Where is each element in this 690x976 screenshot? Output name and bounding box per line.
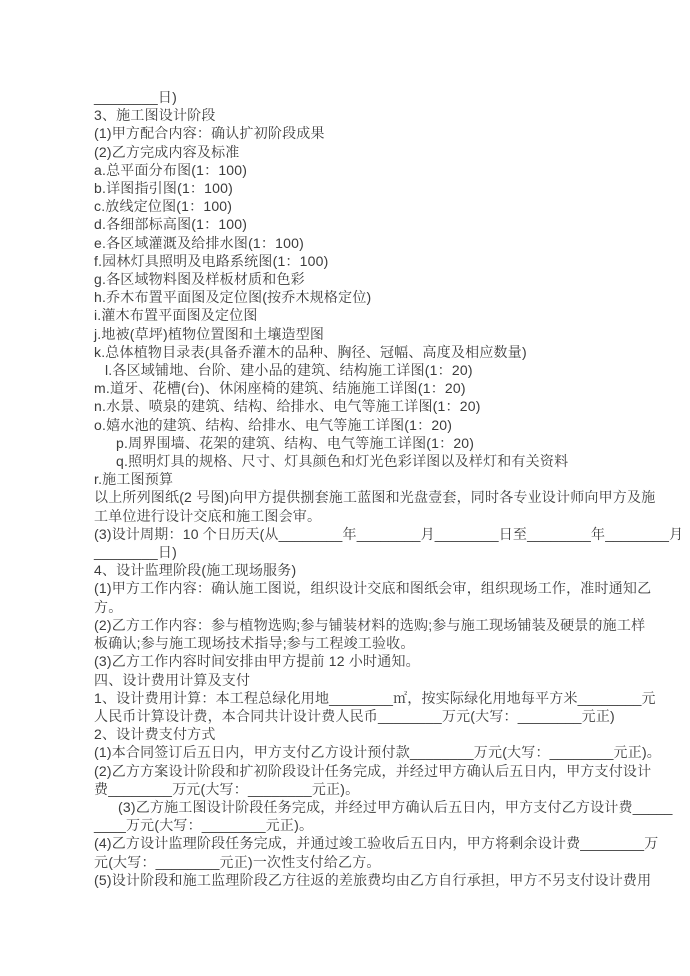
document-line: 元(大写：________元正)一次性支付给乙方。 — [94, 853, 596, 871]
document-line: (5)设计阶段和施工监理阶段乙方往返的差旅费均由乙方自行承担，甲方不另支付设计费… — [94, 871, 596, 889]
document-line: i.灌木布置平面图及定位图 — [94, 306, 596, 324]
document-line: (3)乙方施工图设计阶段任务完成，并经过甲方确认后五日内，甲方支付乙方设计费__… — [94, 798, 596, 816]
document-line: 工单位进行设计交底和施工图会审。 — [94, 507, 596, 525]
document-line: g.各区域物料图及样板材质和色彩 — [94, 270, 596, 288]
document-line: 板确认;参与施工现场技术指导;参与工程竣工验收。 — [94, 634, 596, 652]
document-line: 四、设计费用计算及支付 — [94, 671, 596, 689]
document-body: ________日)3、施工图设计阶段(1)甲方配合内容：确认扩初阶段成果(2)… — [94, 88, 596, 889]
document-line: o.嬉水池的建筑、结构、给排水、电气等施工详图(1：20) — [94, 416, 596, 434]
document-line: b.详图指引图(1：100) — [94, 179, 596, 197]
document-line: q.照明灯具的规格、尺寸、灯具颜色和灯光色彩详图以及样灯和有关资料 — [94, 452, 596, 470]
document-line: l.各区域铺地、台阶、建小品的建筑、结构施工详图(1：20) — [94, 361, 596, 379]
document-line: (4)乙方设计监理阶段任务完成，并通过竣工验收后五日内，甲方将剩余设计费____… — [94, 834, 596, 852]
document-line: c.放线定位图(1：100) — [94, 197, 596, 215]
document-line: (1)本合同签订后五日内，甲方支付乙方设计预付款________万元(大写：__… — [94, 743, 596, 761]
document-line: p.周界围墙、花架的建筑、结构、电气等施工详图(1：20) — [94, 434, 596, 452]
document-line: 人民币计算设计费，本合同共计设计费人民币________万元(大写：______… — [94, 707, 596, 725]
document-line: (2)乙方方案设计阶段和扩初阶段设计任务完成，并经过甲方确认后五日内，甲方支付设… — [94, 762, 596, 780]
document-line: e.各区域灌溉及给排水图(1：100) — [94, 234, 596, 252]
document-line: 费________万元(大写：________元正)。 — [94, 780, 596, 798]
document-line: j.地被(草坪)植物位置图和土壤造型图 — [94, 325, 596, 343]
document-line: ________日) — [94, 88, 596, 106]
document-line: 3、施工图设计阶段 — [94, 106, 596, 124]
document-line: (3)设计周期：10 个日历天(从________年________月_____… — [94, 525, 596, 543]
document-line: ____万元(大写：________元正)。 — [94, 816, 596, 834]
document-line: 以上所列图纸(2 号图)向甲方提供捌套施工蓝图和光盘壹套，同时各专业设计师向甲方… — [94, 488, 596, 506]
document-line: (1)甲方工作内容：确认施工图说，组织设计交底和图纸会审，组织现场工作，准时通知… — [94, 579, 596, 597]
document-line: (1)甲方配合内容：确认扩初阶段成果 — [94, 124, 596, 142]
document-page: ________日)3、施工图设计阶段(1)甲方配合内容：确认扩初阶段成果(2)… — [0, 0, 690, 976]
document-line: 4、设计监理阶段(施工现场服务) — [94, 561, 596, 579]
document-line: 1、设计费用计算：本工程总绿化用地________㎡，按实际绿化用地每平方米__… — [94, 689, 596, 707]
document-line: (3)乙方工作内容时间安排由甲方提前 12 小时通知。 — [94, 652, 596, 670]
document-line: r.施工图预算 — [94, 470, 596, 488]
document-line: (2)乙方工作内容：参与植物选购;参与铺装材料的选购;参与施工现场铺装及硬景的施… — [94, 616, 596, 634]
document-line: m.道牙、花槽(台)、休闲座椅的建筑、结施施工详图(1：20) — [94, 379, 596, 397]
document-line: 2、设计费支付方式 — [94, 725, 596, 743]
document-line: d.各细部标高图(1：100) — [94, 215, 596, 233]
document-line: 方。 — [94, 598, 596, 616]
document-line: h.乔木布置平面图及定位图(按乔木规格定位) — [94, 288, 596, 306]
document-line: (2)乙方完成内容及标准 — [94, 143, 596, 161]
document-line: a.总平面分布图(1：100) — [94, 161, 596, 179]
document-line: k.总体植物目录表(具备乔灌木的品种、胸径、冠幅、高度及相应数量) — [94, 343, 596, 361]
document-line: f.园林灯具照明及电路系统图(1：100) — [94, 252, 596, 270]
document-line: ________日) — [94, 543, 596, 561]
document-line: n.水景、喷泉的建筑、结构、给排水、电气等施工详图(1：20) — [94, 397, 596, 415]
